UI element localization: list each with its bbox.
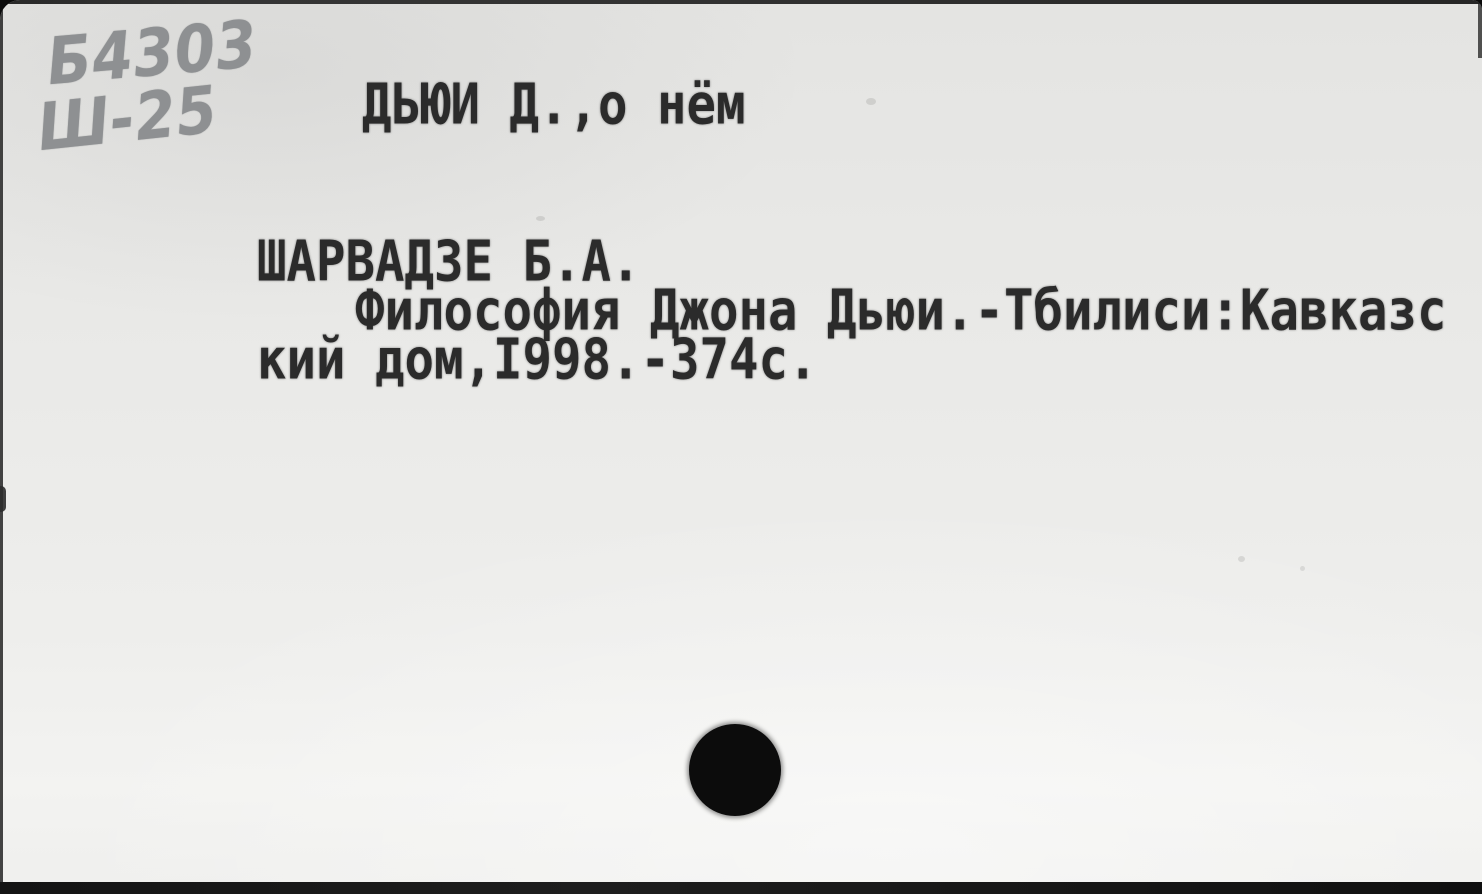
scan-edge-notch bbox=[0, 486, 6, 512]
scan-speck bbox=[1300, 566, 1305, 571]
scan-speck bbox=[1238, 556, 1245, 562]
catalog-card: Б4303 Ш-25 ДЬЮИ Д.,о нём ШАРВАДЗЕ Б.А. Ф… bbox=[0, 0, 1482, 894]
scan-speck bbox=[866, 98, 876, 105]
scan-edge-bottom bbox=[0, 882, 1482, 894]
scan-edge-top bbox=[0, 0, 1482, 4]
entry-continuation-line: кий дом,I998.-374с. bbox=[257, 332, 1447, 388]
subject-heading: ДЬЮИ Д.,о нём bbox=[362, 77, 746, 133]
bibliographic-entry: ШАРВАДЗЕ Б.А. Философия Джона Дьюи.-Тбил… bbox=[257, 234, 1447, 381]
scan-speck bbox=[536, 216, 545, 221]
scan-edge-left bbox=[0, 0, 3, 882]
scan-edge-right bbox=[1478, 0, 1482, 58]
punch-hole bbox=[689, 724, 781, 816]
